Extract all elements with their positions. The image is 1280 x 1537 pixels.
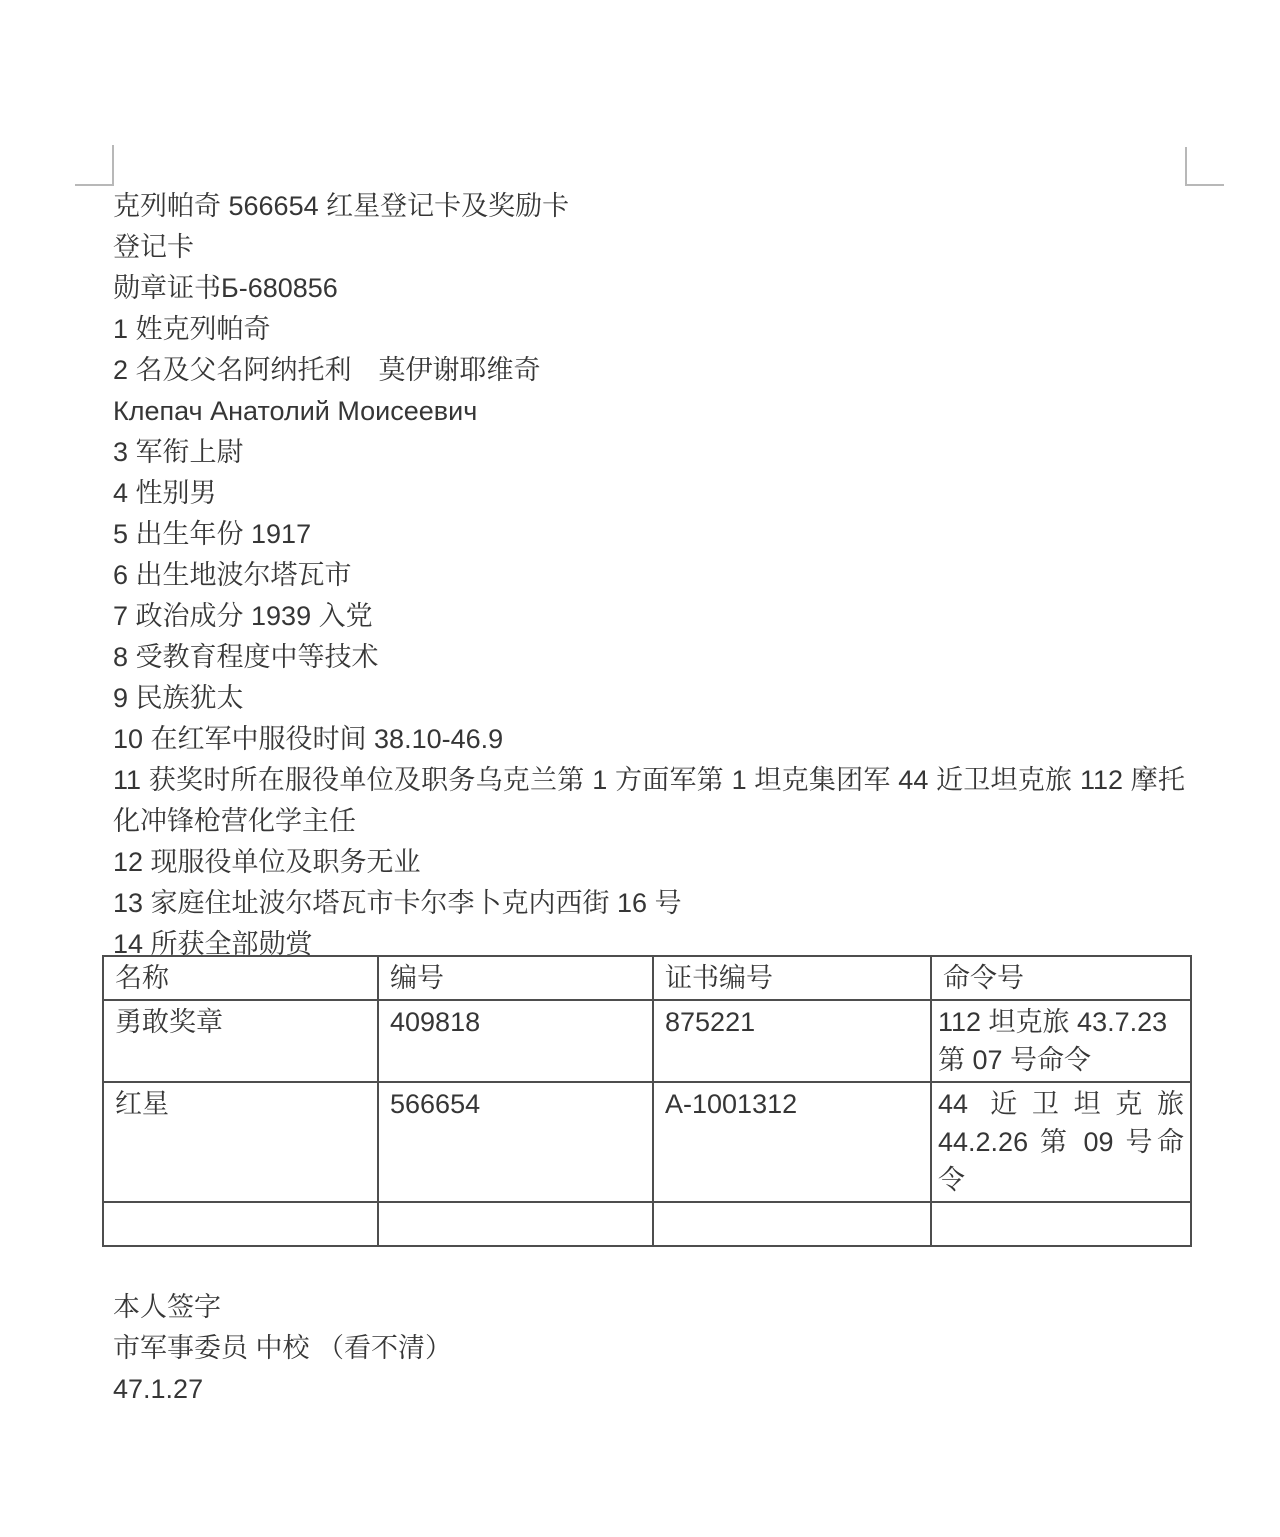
doc-line-party: 7 政治成分 1939 入党 (113, 596, 1185, 637)
col-header-order-number: 命令号 (931, 956, 1191, 1000)
award-number-cell (378, 1202, 653, 1246)
signature-line: 本人签字 (113, 1287, 1185, 1328)
cert-number-cell (653, 1202, 931, 1246)
text-boundary-corner-right-icon (1185, 147, 1224, 186)
doc-title: 克列帕奇 566654 红星登记卡及奖励卡 (113, 186, 1185, 227)
order-number-cell (931, 1202, 1191, 1246)
order-line: 112 坦克旅 43.7.23 (938, 1003, 1184, 1041)
order-line: 第 07 号命令 (938, 1041, 1184, 1079)
doc-line-service-period: 10 在红军中服役时间 38.10-46.9 (113, 719, 1185, 760)
order-number-cell: 112 坦克旅 43.7.23 第 07 号命令 (931, 1000, 1191, 1082)
doc-line-certificate-no: 勋章证书Б-680856 (113, 268, 1185, 309)
award-name-cell (103, 1202, 378, 1246)
document-page: 克列帕奇 566654 红星登记卡及奖励卡 登记卡 勋章证书Б-680856 1… (0, 0, 1280, 1537)
doc-line-home-address: 13 家庭住址波尔塔瓦市卡尔李卜克内西街 16 号 (113, 883, 1185, 924)
cert-number-cell: A-1001312 (653, 1082, 931, 1202)
order-line: 44 近卫坦克旅 (938, 1085, 1184, 1123)
order-line: 44.2.26 第 09 号命令 (938, 1123, 1184, 1199)
text-boundary-corner-left-icon (75, 145, 114, 186)
award-name-cell: 勇敢奖章 (103, 1000, 378, 1082)
order-number-cell: 44 近卫坦克旅 44.2.26 第 09 号命令 (931, 1082, 1191, 1202)
doc-line-name-russian: Клепач Анатолий Моисеевич (113, 391, 1185, 432)
award-row-empty (103, 1202, 1191, 1246)
doc-line-rank: 3 军衔上尉 (113, 432, 1185, 473)
document-body: 克列帕奇 566654 红星登记卡及奖励卡 登记卡 勋章证书Б-680856 1… (113, 186, 1185, 1410)
award-number-cell: 409818 (378, 1000, 653, 1082)
award-number-cell: 566654 (378, 1082, 653, 1202)
doc-line-education: 8 受教育程度中等技术 (113, 637, 1185, 678)
commissar-line: 市军事委员 中校 （看不清） (113, 1328, 1185, 1369)
cert-number-cell: 875221 (653, 1000, 931, 1082)
col-header-cert-number: 证书编号 (653, 956, 931, 1000)
doc-line-card-type: 登记卡 (113, 227, 1185, 268)
doc-line-surname: 1 姓克列帕奇 (113, 309, 1185, 350)
col-header-award-number: 编号 (378, 956, 653, 1000)
signature-block: 本人签字 市军事委员 中校 （看不清） 47.1.27 (113, 1287, 1185, 1410)
doc-line-unit-at-award: 11 获奖时所在服役单位及职务乌克兰第 1 方面军第 1 坦克集团军 44 近卫… (113, 760, 1185, 842)
date-line: 47.1.27 (113, 1369, 1185, 1410)
doc-line-current-unit: 12 现服役单位及职务无业 (113, 842, 1185, 883)
doc-line-birth-place: 6 出生地波尔塔瓦市 (113, 555, 1185, 596)
doc-line-sex: 4 性别男 (113, 473, 1185, 514)
award-name-cell: 红星 (103, 1082, 378, 1202)
doc-line-birth-year: 5 出生年份 1917 (113, 514, 1185, 555)
awards-table: 名称 编号 证书编号 命令号 勇敢奖章 409818 875221 112 坦克… (102, 955, 1192, 1247)
award-row-red-star: 红星 566654 A-1001312 44 近卫坦克旅 44.2.26 第 0… (103, 1082, 1191, 1202)
doc-line-ethnicity: 9 民族犹太 (113, 678, 1185, 719)
award-row-medal-for-courage: 勇敢奖章 409818 875221 112 坦克旅 43.7.23 第 07 … (103, 1000, 1191, 1082)
doc-line-given-patronymic: 2 名及父名阿纳托利 莫伊谢耶维奇 (113, 350, 1185, 391)
